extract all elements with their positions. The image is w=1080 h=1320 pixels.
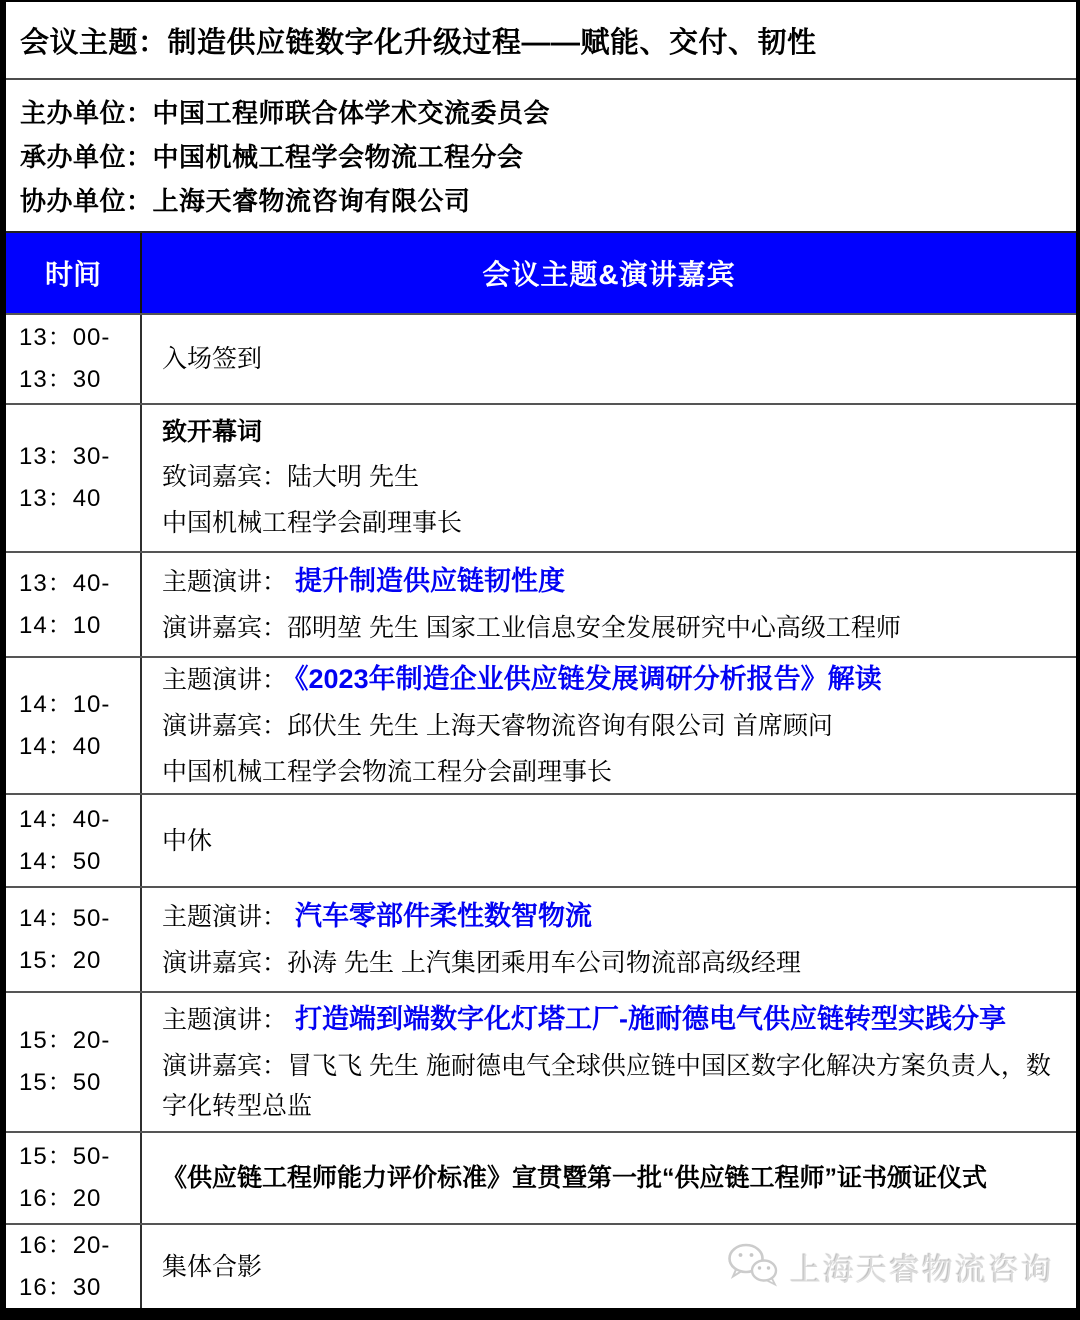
time-cell: 13：40- 14：10 bbox=[6, 553, 142, 656]
agenda-sheet: 会议主题：制造供应链数字化升级过程——赋能、交付、韧性 主办单位：中国工程师联合… bbox=[6, 2, 1076, 1308]
content-cell: 主题演讲：《2023年制造企业供应链发展调研分析报告》解读 演讲嘉宾：邱伏生 先… bbox=[142, 658, 1076, 793]
organizers-box: 主办单位：中国工程师联合体学术交流委员会 承办单位：中国机械工程学会物流工程分会… bbox=[6, 80, 1076, 233]
talk-title: 提升制造供应链韧性度 bbox=[295, 566, 565, 596]
time-start: 16：20- bbox=[19, 1233, 140, 1259]
organizer-undertaker: 承办单位：中国机械工程学会物流工程分会 bbox=[20, 137, 1076, 174]
organizer-coorganizer: 协办单位：上海天睿物流咨询有限公司 bbox=[20, 181, 1076, 218]
time-cell: 15：50- 16：20 bbox=[6, 1133, 142, 1223]
talk-title-line: 主题演讲：提升制造供应链韧性度 bbox=[162, 561, 1052, 602]
time-start: 13：30- bbox=[19, 444, 140, 470]
column-header-topic: 会议主题&演讲嘉宾 bbox=[142, 233, 1076, 313]
time-end: 14：40 bbox=[19, 734, 140, 760]
content-cell: 主题演讲：提升制造供应链韧性度 演讲嘉宾：邵明堃 先生 国家工业信息安全发展研究… bbox=[142, 553, 1076, 656]
talk-prefix: 主题演讲： bbox=[162, 666, 287, 694]
content-cell: 主题演讲：汽车零部件柔性数智物流 演讲嘉宾：孙涛 先生 上汽集团乘用车公司物流部… bbox=[142, 888, 1076, 991]
content-cell: 主题演讲：打造端到端数字化灯塔工厂-施耐德电气供应链转型实践分享 演讲嘉宾：冒飞… bbox=[142, 993, 1076, 1131]
time-end: 13：30 bbox=[19, 367, 140, 393]
talk-prefix: 主题演讲： bbox=[162, 568, 287, 596]
time-cell: 14：50- 15：20 bbox=[6, 888, 142, 991]
agenda-row-keynote3: 14：50- 15：20 主题演讲：汽车零部件柔性数智物流 演讲嘉宾：孙涛 先生… bbox=[6, 886, 1076, 991]
content-cell: 致开幕词 致词嘉宾：陆大明 先生 中国机械工程学会副理事长 bbox=[142, 405, 1076, 551]
time-cell: 13：30- 13：40 bbox=[6, 405, 142, 551]
speaker-line: 演讲嘉宾：孙涛 先生 上汽集团乘用车公司物流部高级经理 bbox=[162, 943, 1052, 983]
talk-title-line: 主题演讲：汽车零部件柔性数智物流 bbox=[162, 896, 1052, 937]
time-start: 15：20- bbox=[19, 1028, 140, 1054]
speaker-line: 演讲嘉宾：邱伏生 先生 上海天睿物流咨询有限公司 首席顾问 bbox=[162, 706, 1052, 746]
time-end: 13：40 bbox=[19, 486, 140, 512]
agenda-row-opening: 13：30- 13：40 致开幕词 致词嘉宾：陆大明 先生 中国机械工程学会副理… bbox=[6, 403, 1076, 551]
content-cell: 集体合影 上海天睿物流咨询 bbox=[142, 1225, 1076, 1308]
time-cell: 14：10- 14：40 bbox=[6, 658, 142, 793]
time-end: 16：30 bbox=[19, 1275, 140, 1301]
time-end: 15：20 bbox=[19, 948, 140, 974]
talk-title: 致开幕词 bbox=[162, 412, 1052, 452]
talk-prefix: 主题演讲： bbox=[162, 1006, 287, 1034]
time-end: 15：50 bbox=[19, 1070, 140, 1096]
agenda-row-keynote1: 13：40- 14：10 主题演讲：提升制造供应链韧性度 演讲嘉宾：邵明堃 先生… bbox=[6, 551, 1076, 656]
talk-title-line: 主题演讲：《2023年制造企业供应链发展调研分析报告》解读 bbox=[162, 659, 1052, 700]
time-cell: 14：40- 14：50 bbox=[6, 795, 142, 886]
talk-title: 汽车零部件柔性数智物流 bbox=[295, 901, 592, 931]
time-start: 14：50- bbox=[19, 906, 140, 932]
time-start: 13：40- bbox=[19, 571, 140, 597]
time-end: 16：20 bbox=[19, 1186, 140, 1212]
column-header-time: 时间 bbox=[6, 233, 142, 313]
content-cell: 中休 bbox=[142, 795, 1076, 886]
talk-title-line: 主题演讲：打造端到端数字化灯塔工厂-施耐德电气供应链转型实践分享 bbox=[162, 999, 1052, 1040]
agenda-row-break: 14：40- 14：50 中休 bbox=[6, 793, 1076, 886]
speaker-line: 演讲嘉宾：冒飞飞 先生 施耐德电气全球供应链中国区数字化解决方案负责人，数字化转… bbox=[162, 1046, 1052, 1126]
time-cell: 13：00- 13：30 bbox=[6, 315, 142, 403]
agenda-row-keynote4: 15：20- 15：50 主题演讲：打造端到端数字化灯塔工厂-施耐德电气供应链转… bbox=[6, 991, 1076, 1131]
speaker-line: 演讲嘉宾：邵明堃 先生 国家工业信息安全发展研究中心高级工程师 bbox=[162, 608, 1052, 648]
time-start: 15：50- bbox=[19, 1144, 140, 1170]
agenda-text: 入场签到 bbox=[162, 339, 1052, 379]
speaker-line: 致词嘉宾：陆大明 先生 bbox=[162, 457, 1052, 497]
time-end: 14：50 bbox=[19, 849, 140, 875]
talk-title: 打造端到端数字化灯塔工厂-施耐德电气供应链转型实践分享 bbox=[295, 1004, 1006, 1034]
table-header: 时间 会议主题&演讲嘉宾 bbox=[6, 233, 1076, 313]
agenda-row-signin: 13：00- 13：30 入场签到 bbox=[6, 313, 1076, 403]
speaker-org-line: 中国机械工程学会物流工程分会副理事长 bbox=[162, 752, 1052, 792]
agenda-row-keynote2: 14：10- 14：40 主题演讲：《2023年制造企业供应链发展调研分析报告》… bbox=[6, 656, 1076, 793]
time-end: 14：10 bbox=[19, 613, 140, 639]
time-start: 14：10- bbox=[19, 692, 140, 718]
agenda-text: 集体合影 bbox=[162, 1247, 1052, 1287]
time-cell: 15：20- 15：50 bbox=[6, 993, 142, 1131]
time-start: 13：00- bbox=[19, 325, 140, 351]
talk-prefix: 主题演讲： bbox=[162, 903, 287, 931]
content-cell: 入场签到 bbox=[142, 315, 1076, 403]
content-cell: 《供应链工程师能力评价标准》宣贯暨第一批“供应链工程师”证书颁证仪式 bbox=[142, 1133, 1076, 1223]
agenda-row-photo: 16：20- 16：30 集体合影 上 bbox=[6, 1223, 1076, 1308]
agenda-row-ceremony: 15：50- 16：20 《供应链工程师能力评价标准》宣贯暨第一批“供应链工程师… bbox=[6, 1131, 1076, 1223]
talk-title: 《2023年制造企业供应链发展调研分析报告》解读 bbox=[295, 664, 882, 694]
time-start: 14：40- bbox=[19, 807, 140, 833]
organizer-host: 主办单位：中国工程师联合体学术交流委员会 bbox=[20, 93, 1076, 130]
title-box: 会议主题：制造供应链数字化升级过程——赋能、交付、韧性 bbox=[6, 2, 1076, 80]
agenda-text: 中休 bbox=[162, 821, 1052, 861]
time-cell: 16：20- 16：30 bbox=[6, 1225, 142, 1308]
ceremony-title: 《供应链工程师能力评价标准》宣贯暨第一批“供应链工程师”证书颁证仪式 bbox=[162, 1158, 1052, 1198]
speaker-org-line: 中国机械工程学会副理事长 bbox=[162, 503, 1052, 543]
page-title: 会议主题：制造供应链数字化升级过程——赋能、交付、韧性 bbox=[20, 20, 817, 61]
